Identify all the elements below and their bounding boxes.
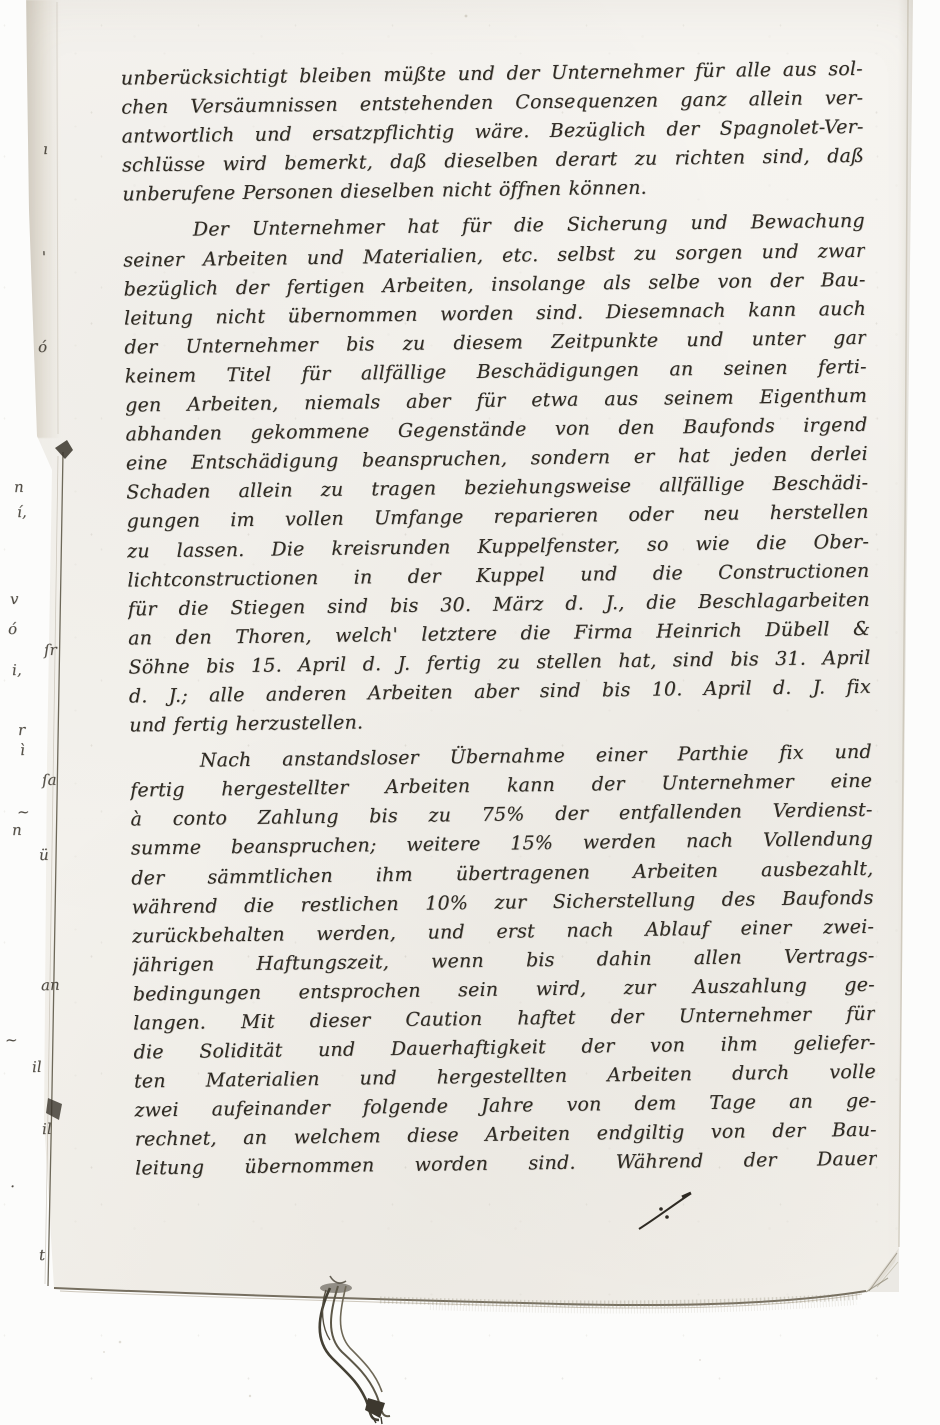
bleedthrough-fragment: n (12, 821, 22, 839)
bleedthrough-fragment: í, (17, 503, 27, 521)
bleedthrough-fragment: ì (20, 741, 25, 759)
manuscript-text-block: unberücksichtigt bleiben müßte und der U… (121, 55, 878, 1184)
paragraph: Der Unternehmer hat für die Sicherung un… (123, 207, 872, 740)
bleedthrough-fragment: ó (8, 620, 18, 638)
page-left-fold-edge (26, 0, 60, 438)
bleedthrough-fragment: v (10, 590, 19, 608)
paragraph: unberücksichtigt bleiben müßte und der U… (121, 55, 865, 210)
bleedthrough-fragment: il (32, 1058, 42, 1076)
bleedthrough-fragment: ~ (17, 803, 30, 821)
manuscript-page: unberücksichtigt bleiben müßte und der U… (0, 0, 940, 1425)
bleedthrough-fragment: i, (12, 661, 22, 679)
paragraph: Nach anstandsloser Übernahme einer Parth… (130, 738, 878, 1184)
bleedthrough-fragment: r (18, 721, 26, 739)
bleedthrough-fragment: t (39, 1246, 46, 1264)
thread-frayed-tip (365, 1398, 385, 1418)
bleedthrough-fragment: . (10, 1173, 15, 1191)
bleedthrough-fragment: ~ (5, 1031, 18, 1049)
bleedthrough-fragment: n (14, 478, 24, 496)
scanned-document: unberücksichtigt bleiben müßte und der U… (0, 0, 940, 1425)
